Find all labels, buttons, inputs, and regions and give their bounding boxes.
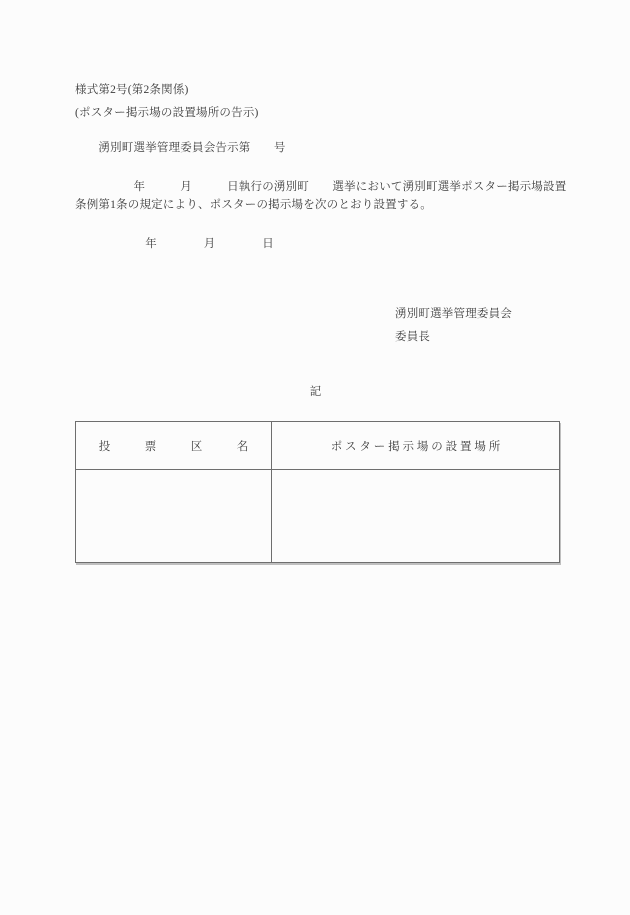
body-paragraph-line-2: 条例第1条の規定により、ポスターの掲示場を次のとおり設置する。 bbox=[75, 198, 432, 212]
poster-location-table: 投 票 区 名 ポ ス タ ー 掲 示 場 の 設 置 場 所 bbox=[75, 421, 560, 563]
form-title-line: (ポスター掲示場の設置場所の告示) bbox=[75, 106, 259, 120]
body-paragraph-line-1: 年 月 日執行の湧別町 選挙において湧別町選挙ポスター掲示場設置 bbox=[75, 180, 566, 194]
header-voting-district-name: 投 票 区 名 bbox=[76, 422, 272, 470]
cell-poster-location bbox=[272, 470, 560, 563]
header-poster-location: ポ ス タ ー 掲 示 場 の 設 置 場 所 bbox=[272, 422, 560, 470]
cell-voting-district-name bbox=[76, 470, 272, 563]
notice-number-line: 湧別町選挙管理委員会告示第 号 bbox=[75, 141, 286, 155]
date-line: 年 月 日 bbox=[75, 237, 274, 251]
form-number-line: 様式第2号(第2条関係) bbox=[75, 83, 189, 97]
table-row bbox=[76, 470, 560, 563]
document-page: 様式第2号(第2条関係) (ポスター掲示場の設置場所の告示) 湧別町選挙管理委員… bbox=[0, 0, 630, 915]
ki-marker: 記 bbox=[75, 385, 557, 399]
issuer-title: 委員長 bbox=[395, 330, 430, 344]
table-header-row: 投 票 区 名 ポ ス タ ー 掲 示 場 の 設 置 場 所 bbox=[76, 422, 560, 470]
issuer-organization: 湧別町選挙管理委員会 bbox=[395, 307, 512, 321]
